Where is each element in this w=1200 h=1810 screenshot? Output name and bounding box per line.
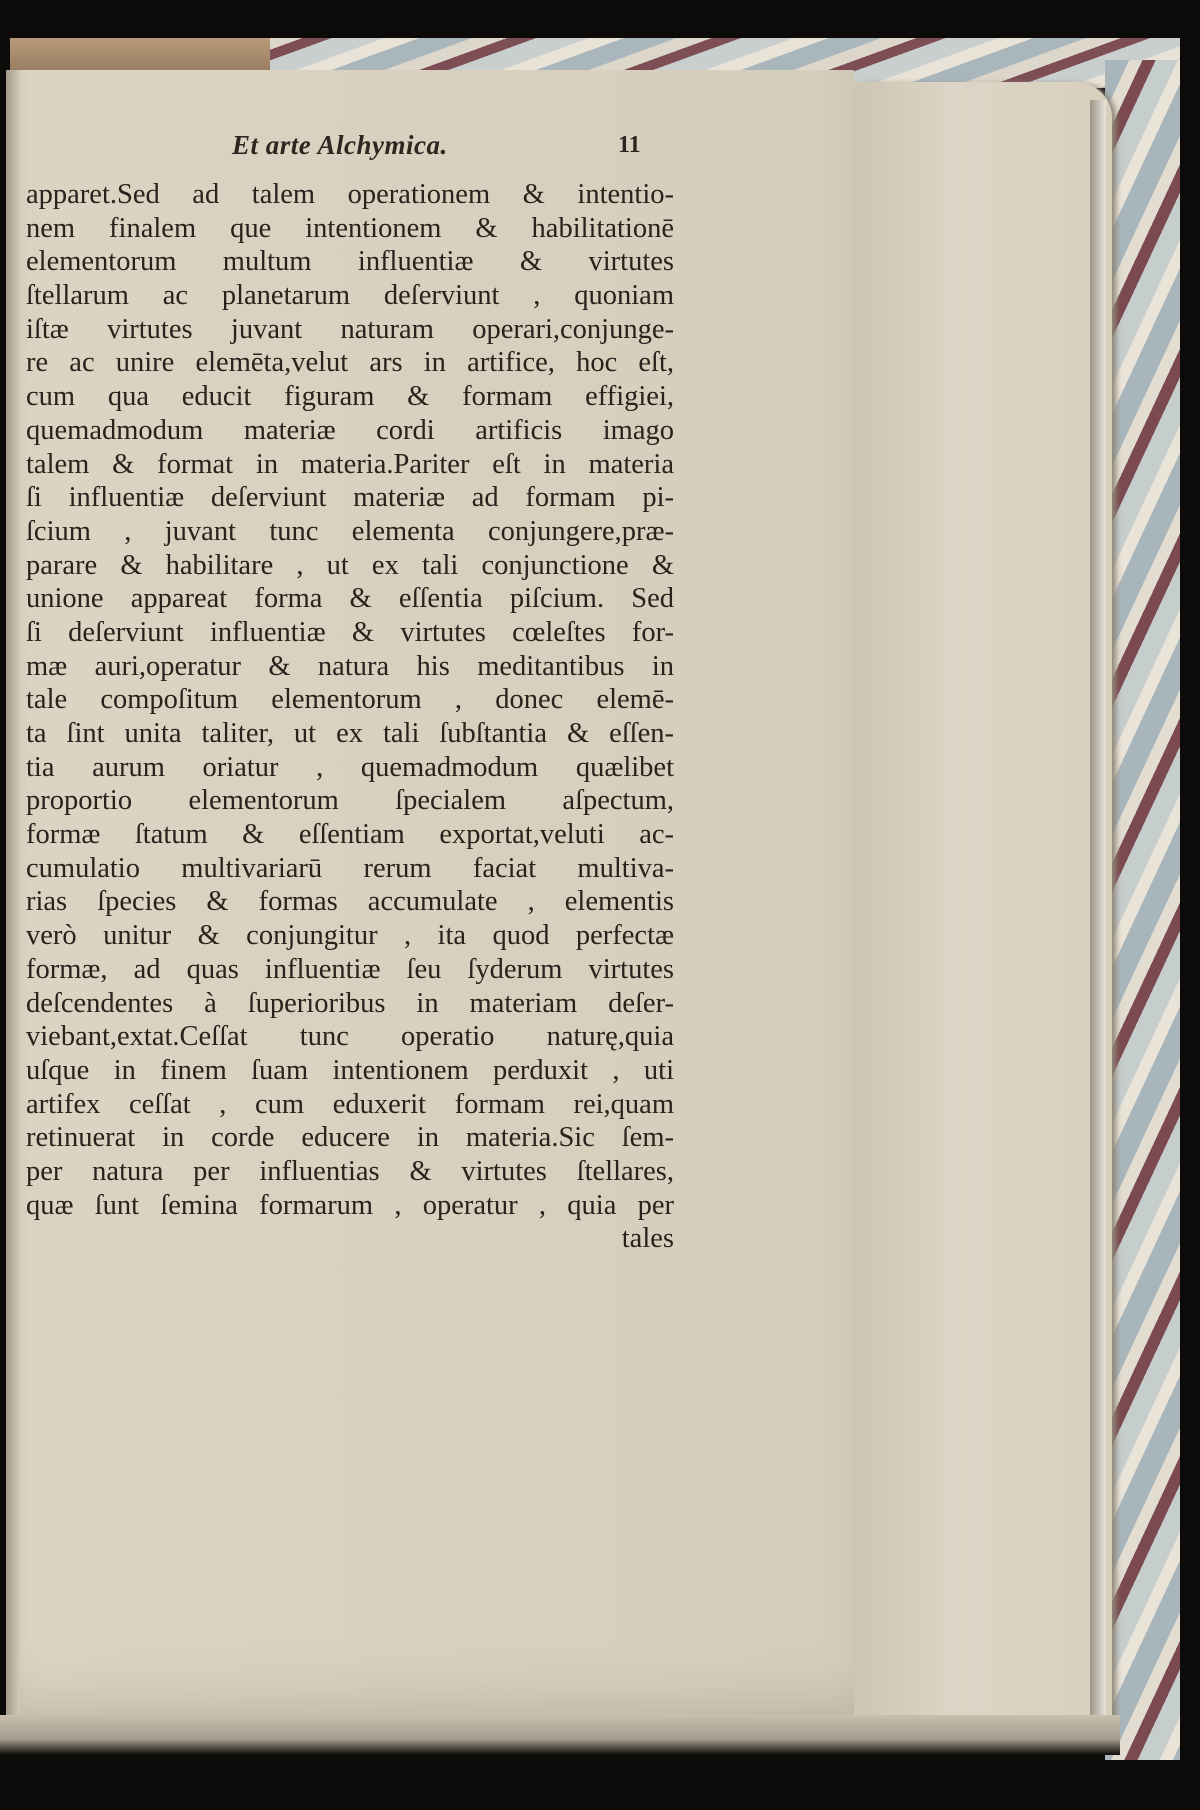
text-line: formæ, ad quas influentiæ ſeu ſyderum vi… [26, 953, 674, 987]
text-line: quemadmodum materiæ cordi artificis imag… [26, 414, 674, 448]
text-line: per natura per influentias & virtutes ſt… [26, 1155, 674, 1189]
page-block-edge [1090, 100, 1106, 1720]
text-line: cumulatio multivariarū rerum faciat mult… [26, 852, 674, 886]
text-line: elementorum multum influentiæ & virtutes [26, 245, 674, 279]
text-line: tia aurum oriatur , quemadmodum quælibet [26, 751, 674, 785]
page-number: 11 [618, 132, 641, 159]
text-line: uſque in finem ſuam intentionem perduxit… [26, 1054, 674, 1088]
text-line: nem finalem que intentionem & habilitati… [26, 212, 674, 246]
page-gutter [6, 70, 20, 1742]
text-line: re ac unire elemēta,velut ars in artific… [26, 346, 674, 380]
text-line: ſi influentiæ deſerviunt materiæ ad form… [26, 481, 674, 515]
text-line: deſcendentes à ſuperioribus in materiam … [26, 987, 674, 1021]
text-line: formæ ſtatum & eſſentiam exportat,veluti… [26, 818, 674, 852]
text-line: ſtellarum ac planetarum deſerviunt , quo… [26, 279, 674, 313]
page-bottom-edge [0, 1715, 1120, 1755]
text-line: tale compoſitum elementorum , donec elem… [26, 683, 674, 717]
text-line: apparet.Sed ad talem operationem & inten… [26, 178, 674, 212]
text-line: verò unitur & conjungitur , ita quod per… [26, 919, 674, 953]
text-line: ta ſint unita taliter, ut ex tali ſubſta… [26, 717, 674, 751]
text-line: rias ſpecies & formas accumulate , eleme… [26, 885, 674, 919]
folded-page-flap [854, 82, 1112, 1742]
text-line: quæ ſunt ſemina formarum , operatur , qu… [26, 1189, 674, 1223]
text-line: iſtæ virtutes juvant naturam operari,con… [26, 313, 674, 347]
text-line: unione appareat forma & eſſentia piſcium… [26, 582, 674, 616]
running-head: Et arte Alchymica. [232, 130, 448, 161]
text-line: viebant,extat.Ceſſat tunc operatio natur… [26, 1020, 674, 1054]
text-line: parare & habilitare , ut ex tali conjunc… [26, 549, 674, 583]
text-line: talem & format in materia.Pariter eſt in… [26, 448, 674, 482]
text-line: cum qua educit figuram & formam effigiei… [26, 380, 674, 414]
marbled-book-edge-right [1105, 60, 1180, 1760]
text-line: artifex ceſſat , cum eduxerit formam rei… [26, 1088, 674, 1122]
text-line: mæ auri,operatur & natura his meditantib… [26, 650, 674, 684]
text-line: ſi deſerviunt influentiæ & virtutes cœle… [26, 616, 674, 650]
body-text: apparet.Sed ad talem operationem & inten… [26, 178, 674, 1256]
text-line: ſcium , juvant tunc elementa conjungere,… [26, 515, 674, 549]
text-line: proportio elementorum ſpecialem aſpectum… [26, 784, 674, 818]
catchword: tales [26, 1222, 674, 1256]
text-line: retinuerat in corde educere in materia.S… [26, 1121, 674, 1155]
